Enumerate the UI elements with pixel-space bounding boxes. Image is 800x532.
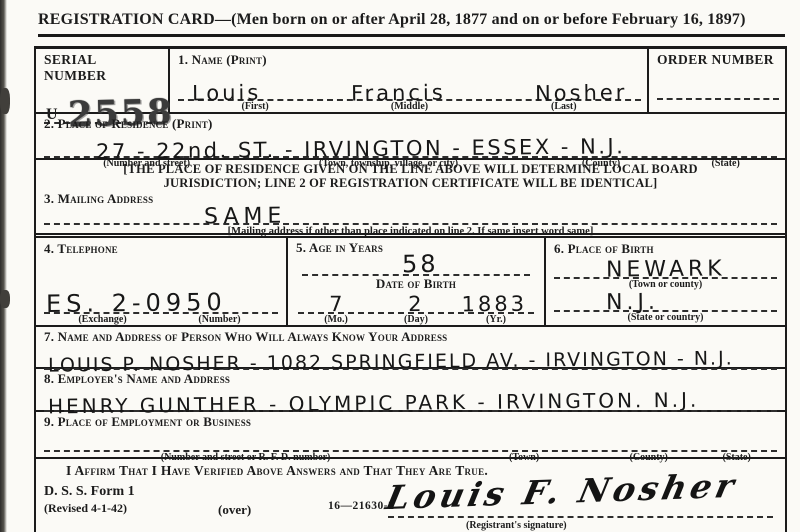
scan-smudge [0, 88, 10, 114]
employer-section: 8. Employer's Name and Address HENRY GUN… [36, 369, 785, 412]
age-entry-line: 58 [302, 256, 530, 276]
card-footer: D. S. S. Form 1 (Revised 4-1-42) (over) … [36, 480, 785, 532]
name-middle-value: Francis [350, 81, 445, 106]
order-number-line [657, 68, 779, 100]
dob-entry-line: 7 2 1883 [298, 292, 534, 314]
age-dob-section: 5. Age in Years 58 Date of Birth 7 2 188… [288, 238, 546, 325]
residence-entry-line: 27 - 22nd. ST. - IRVINGTON - ESSEX - N.J… [44, 132, 777, 158]
place-of-birth-section: 6. Place of Birth NEWARK (Town or county… [546, 238, 785, 325]
employer-line: HENRY GUNTHER - OLYMPIC PARK - IRVINGTON… [44, 387, 777, 412]
contact-person-line: LOUIS P. NOSHER - 1082 SPRINGFIELD AV. -… [44, 345, 777, 370]
scanner-edge-artifact [0, 0, 7, 532]
birthplace-town-value: NEWARK [606, 256, 726, 282]
telephone-value: ES. 2-0950 [46, 288, 227, 318]
order-number-label: ORDER NUMBER [657, 52, 779, 68]
signature-sublabel: (Registrant's signature) [466, 520, 567, 531]
employment-place-line [44, 432, 777, 452]
serial-number-label: SERIAL NUMBER [44, 52, 162, 84]
registration-card-scan: REGISTRATION CARD—(Men born on or after … [0, 0, 800, 532]
employment-place-label: 9. Place of Employment or Business [44, 414, 777, 430]
residence-label: 2. Place of Residence (Print) [44, 116, 777, 132]
age-value: 58 [402, 250, 439, 278]
dob-month-value: 7 [298, 292, 377, 317]
birthplace-state-line: N.J. [554, 290, 777, 312]
employment-place-section: 9. Place of Employment or Business (Numb… [36, 412, 785, 459]
birthplace-town-line: NEWARK [554, 257, 777, 279]
contact-person-label: 7. Name and Address of Person Who Will A… [44, 329, 777, 345]
registration-card-body: SERIAL NUMBER U 2558 1. Name (Print) Lou… [34, 46, 787, 532]
jurisdiction-note-line1: [THE PLACE OF RESIDENCE GIVEN ON THE LIN… [44, 162, 777, 176]
form-name: D. S. S. Form 1 [44, 484, 135, 500]
row-serial-name-order: SERIAL NUMBER U 2558 1. Name (Print) Lou… [36, 49, 785, 114]
jurisdiction-and-mailing-section: [THE PLACE OF RESIDENCE GIVEN ON THE LIN… [36, 160, 785, 238]
name-label: 1. Name (Print) [178, 52, 641, 68]
jurisdiction-note-line2: JURISDICTION; LINE 2 OF REGISTRATION CER… [44, 176, 777, 190]
dob-year-value: 1883 [455, 292, 534, 317]
telephone-label: 4. Telephone [44, 241, 278, 257]
name-section: 1. Name (Print) Louis Francis Nosher (Fi… [170, 49, 649, 112]
over-note: (over) [218, 502, 251, 518]
dob-day-value: 2 [377, 292, 456, 317]
signature-line [388, 516, 773, 518]
order-number-section: ORDER NUMBER [649, 49, 785, 112]
birthplace-label: 6. Place of Birth [554, 241, 777, 257]
name-first-value: Louis [192, 81, 262, 106]
dob-label: Date of Birth [296, 276, 536, 292]
residence-section: 2. Place of Residence (Print) 27 - 22nd.… [36, 114, 785, 160]
row-telephone-age-birth: 4. Telephone ES. 2-0950 (Exchange) (Numb… [36, 238, 785, 327]
name-last-value: Nosher [534, 81, 627, 106]
scan-smudge [0, 290, 10, 308]
birthplace-state-value: N.J. [606, 290, 659, 316]
affirmation-text: I Affirm That I Have Verified Above Answ… [66, 463, 488, 478]
mailing-address-line: SAME [44, 207, 777, 225]
card-title: REGISTRATION CARD—(Men born on or after … [38, 11, 746, 28]
employer-label: 8. Employer's Name and Address [44, 371, 777, 387]
telephone-entry-line: ES. 2-0950 [44, 257, 278, 314]
name-entry-line: Louis Francis Nosher [178, 68, 641, 101]
card-header: REGISTRATION CARD—(Men born on or after … [38, 11, 785, 37]
mailing-address-value: SAME [204, 204, 287, 230]
serial-number-section: SERIAL NUMBER U 2558 [36, 49, 170, 112]
mailing-address-label: 3. Mailing Address [44, 191, 777, 207]
mailing-address-hint: [Mailing address if other than place ind… [44, 226, 777, 237]
telephone-section: 4. Telephone ES. 2-0950 (Exchange) (Numb… [36, 238, 288, 325]
form-revision: (Revised 4-1-42) [44, 501, 127, 516]
contact-person-section: 7. Name and Address of Person Who Will A… [36, 327, 785, 369]
birthplace-sublabel-state: (State or country) [554, 312, 777, 323]
